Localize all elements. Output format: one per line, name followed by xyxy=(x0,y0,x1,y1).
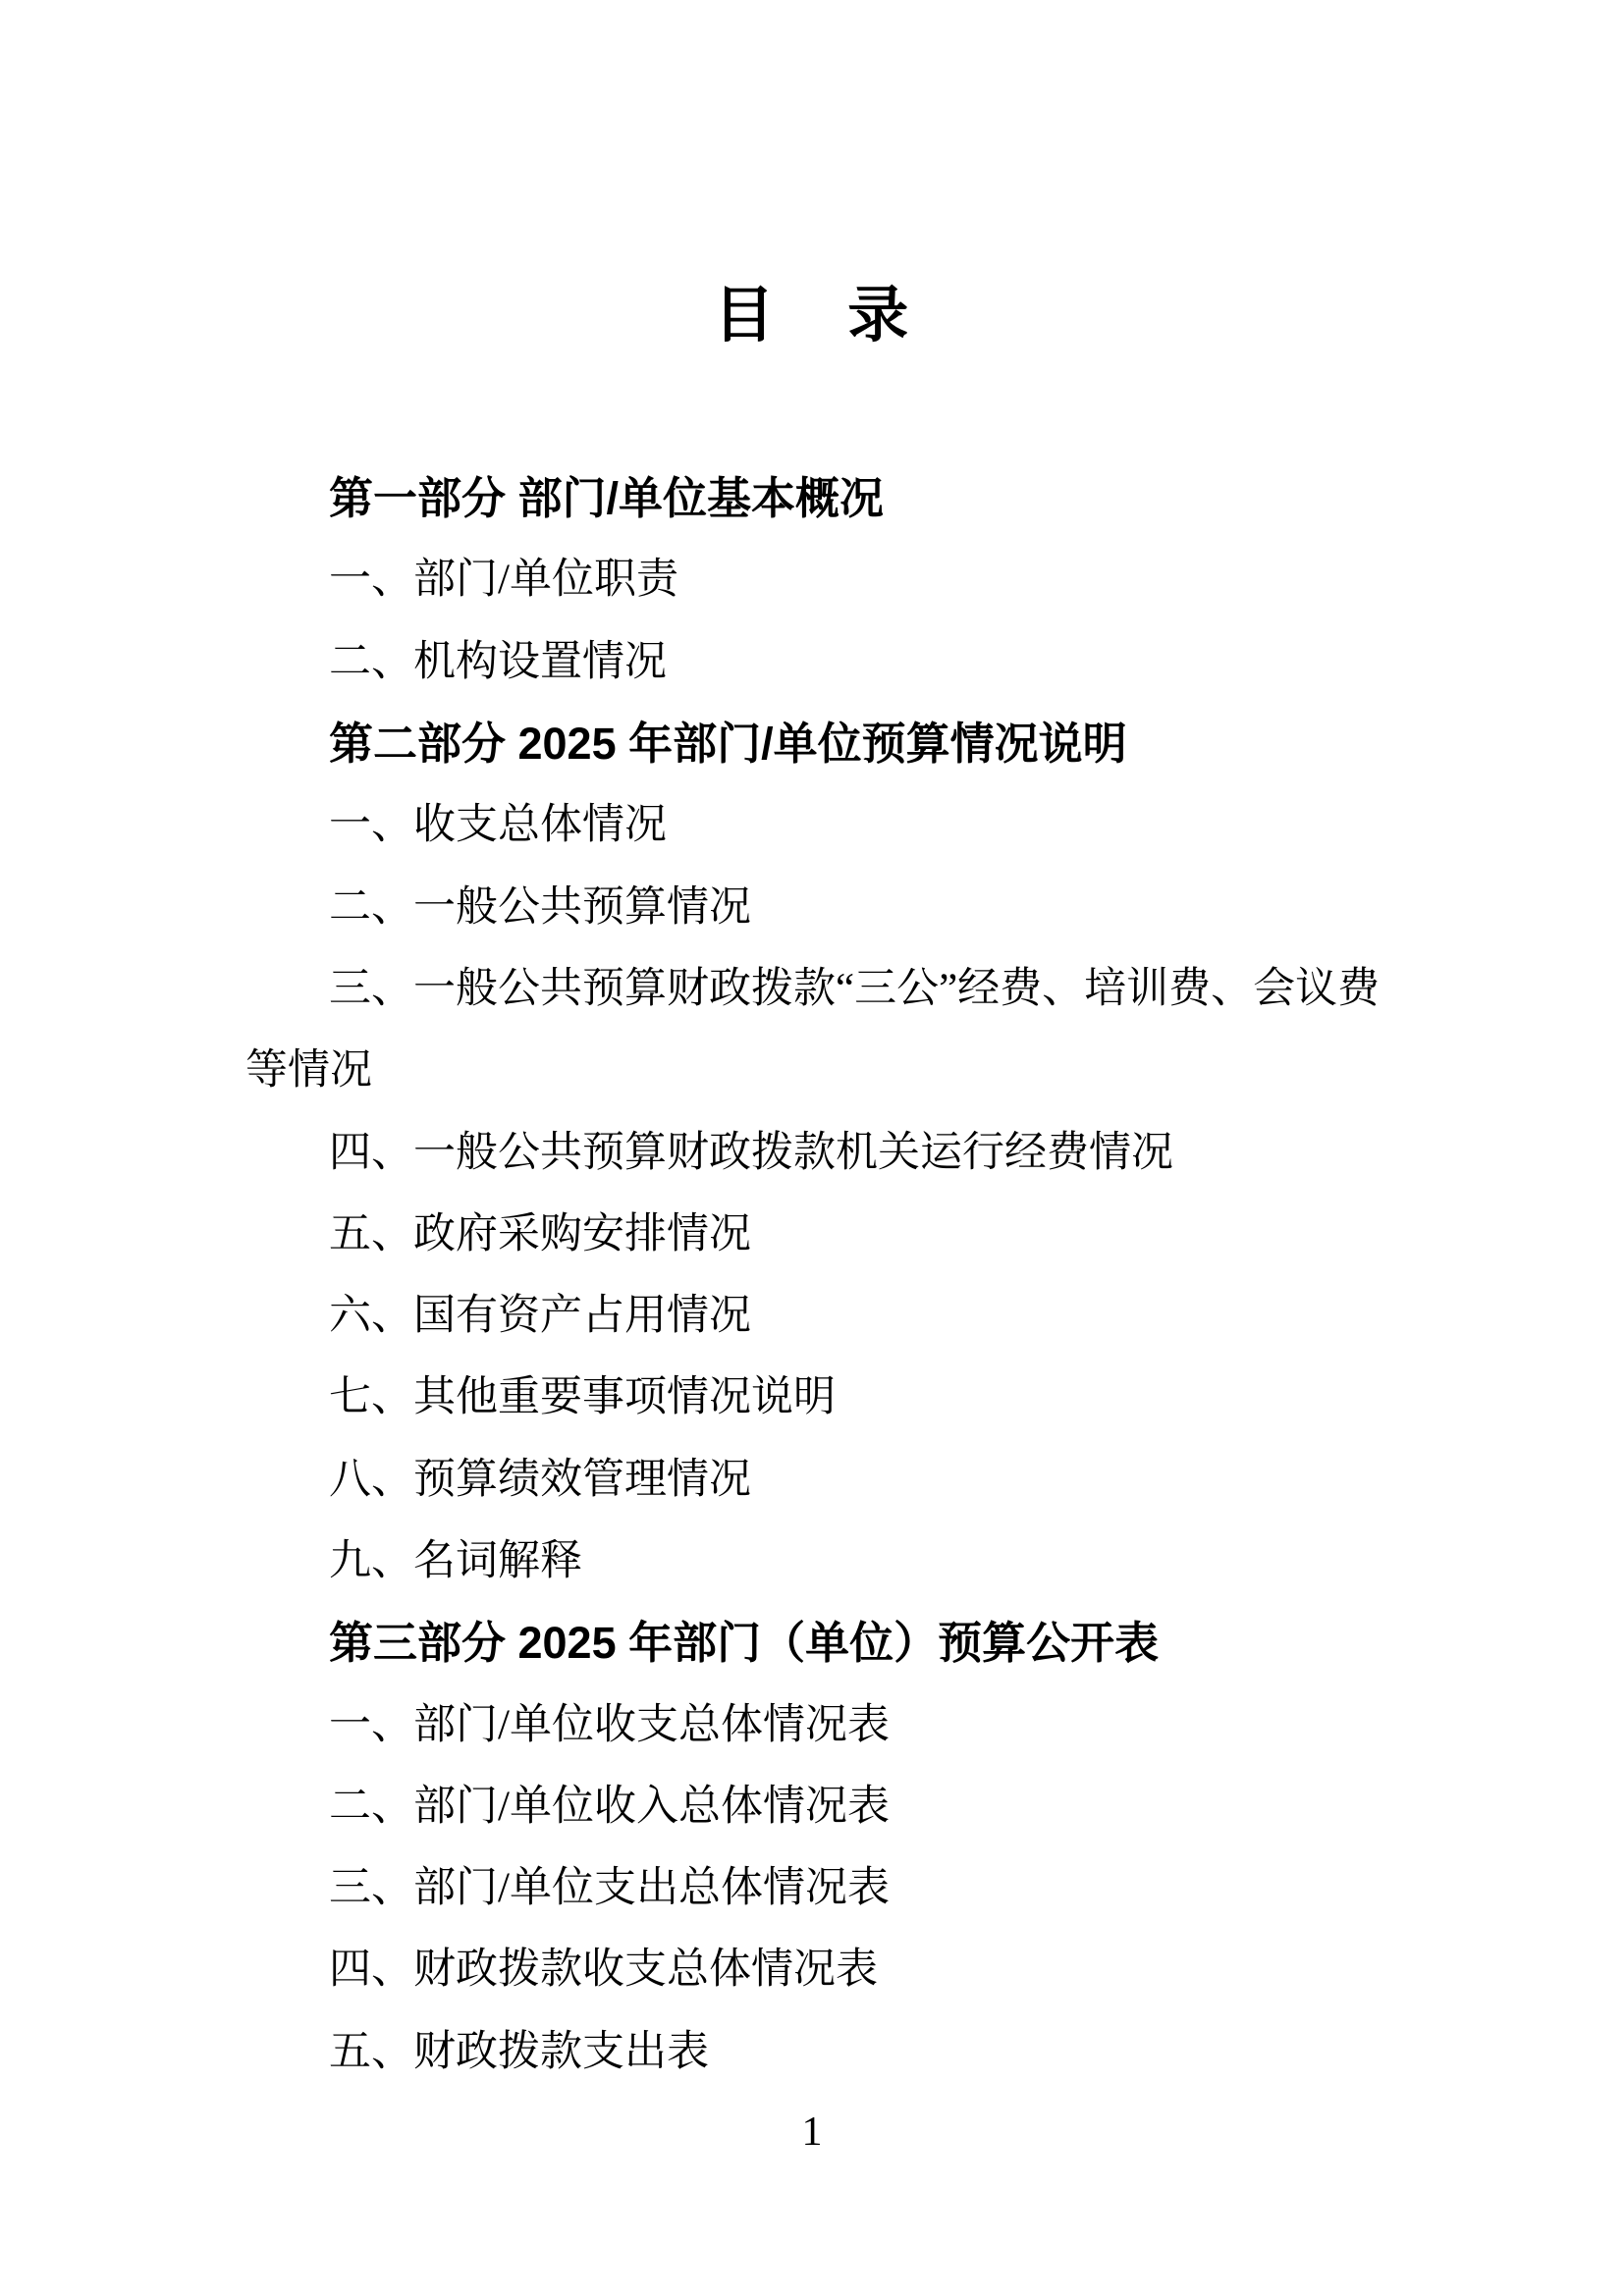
page-number: 1 xyxy=(0,2109,1624,2156)
toc-item: 九、名词解释 xyxy=(245,1521,1384,1602)
toc-item: 一、部门/单位职责 xyxy=(245,539,1384,620)
toc-item: 一、收支总体情况 xyxy=(245,784,1384,866)
toc-continuation: 等情况 xyxy=(245,1030,1384,1111)
toc-item: 五、财政拨款支出表 xyxy=(245,2011,1384,2093)
toc-heading: 第三部分 2025 年部门（单位）预算公开表 xyxy=(245,1602,1384,1683)
toc-list: 第一部分 部门/单位基本概况一、部门/单位职责二、机构设置情况第二部分 2025… xyxy=(245,457,1384,2093)
toc-item: 三、一般公共预算财政拨款“三公”经费、培训费、会议费 xyxy=(245,948,1384,1030)
toc-item: 二、机构设置情况 xyxy=(245,621,1384,703)
toc-heading: 第一部分 部门/单位基本概况 xyxy=(245,457,1384,539)
page-title: 目 录 xyxy=(0,283,1624,349)
toc-item: 八、预算绩效管理情况 xyxy=(245,1439,1384,1521)
toc-item: 六、国有资产占用情况 xyxy=(245,1275,1384,1357)
toc-item: 一、部门/单位收支总体情况表 xyxy=(245,1683,1384,1765)
toc-item: 四、财政拨款收支总体情况表 xyxy=(245,1929,1384,2010)
toc-item: 二、部门/单位收入总体情况表 xyxy=(245,1766,1384,1847)
toc-item: 五、政府采购安排情况 xyxy=(245,1194,1384,1275)
toc-item: 七、其他重要事项情况说明 xyxy=(245,1357,1384,1438)
toc-item: 四、一般公共预算财政拨款机关运行经费情况 xyxy=(245,1111,1384,1193)
document-page: 目 录 第一部分 部门/单位基本概况一、部门/单位职责二、机构设置情况第二部分 … xyxy=(0,0,1624,2296)
toc-heading: 第二部分 2025 年部门/单位预算情况说明 xyxy=(245,703,1384,784)
toc-item: 三、部门/单位支出总体情况表 xyxy=(245,1847,1384,1929)
toc-item: 二、一般公共预算情况 xyxy=(245,866,1384,947)
